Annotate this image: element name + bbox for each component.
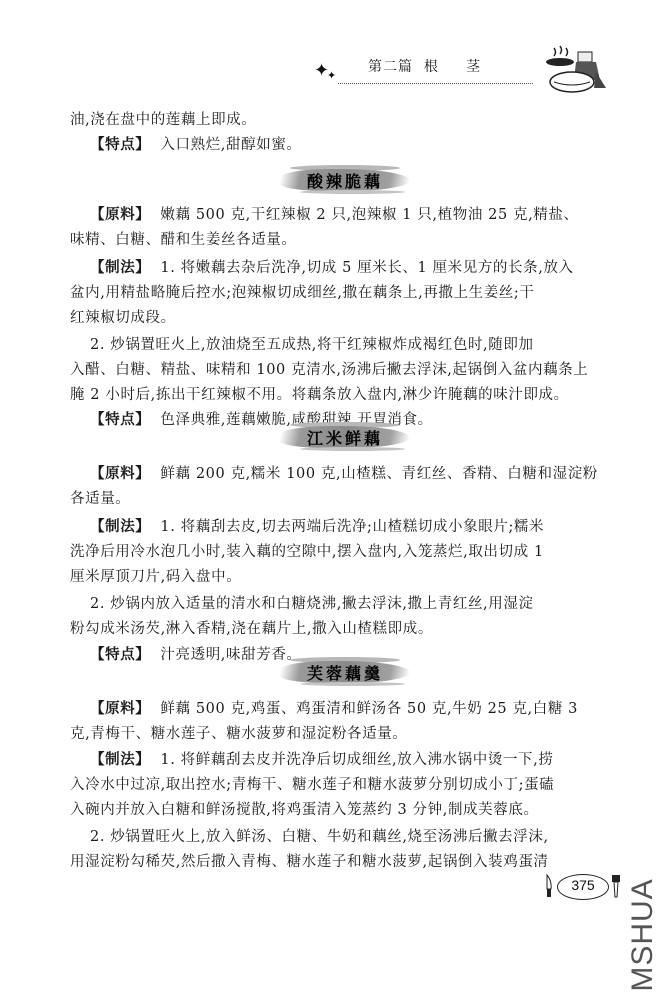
method-label: 【制法】	[90, 519, 150, 535]
recipe-title: 江米鲜藕	[280, 426, 410, 449]
text-line: 用湿淀粉勾稀芡,然后撒入青梅、糖水莲子和糖水菠萝,起锅倒入装鸡蛋清	[70, 850, 620, 875]
feature-label: 【特点】	[90, 137, 150, 153]
method-line: 【制法】1. 将鲜藕刮去皮并洗净后切成细丝,放入沸水锅中烫一下,捞	[90, 748, 640, 773]
feature-label: 【特点】	[90, 412, 150, 428]
text-span: 1. 将鲜藕刮去皮并洗净后切成细丝,放入沸水锅中烫一下,捞	[160, 752, 553, 768]
method-line: 【制法】1. 将嫩藕去杂后洗净,切成 5 厘米长、1 厘米见方的长条,放入	[90, 256, 640, 281]
text-line: 2. 炒锅置旺火上,放入鲜汤、白糖、牛奶和藕丝,烧至汤沸后撇去浮沫,	[90, 825, 640, 850]
text-span: 嫩藕 500 克,干红辣椒 2 只,泡辣椒 1 只,植物油 25 克,精盐、	[160, 207, 578, 223]
text-line: 入醋、白糖、精盐、味精和 100 克清水,汤沸后撇去浮沫,起锅倒入盆内藕条上	[70, 358, 620, 383]
feature-line: 【特点】入口熟烂,甜醇如蜜。	[90, 133, 640, 158]
text-line: 洗净后用冷水泡几小时,装入藕的空隙中,摆入盘内,入笼蒸烂,取出切成 1	[70, 540, 620, 565]
fork-icon	[611, 874, 621, 898]
feature-text: 入口熟烂,甜醇如蜜。	[160, 137, 301, 153]
ingredients-line: 【原料】嫩藕 500 克,干红辣椒 2 只,泡辣椒 1 只,植物油 25 克,精…	[90, 203, 640, 228]
ingredients-line: 【原料】鲜藕 200 克,糯米 100 克,山楂糕、青红丝、香精、白糖和湿淀粉	[90, 462, 640, 487]
page-number-badge: 375	[545, 872, 621, 900]
text-line: 油,浇在盘中的莲藕上即成。	[70, 108, 620, 133]
recipe-title: 芙蓉藕羹	[280, 661, 410, 684]
page-number: 375	[557, 877, 609, 893]
method-label: 【制法】	[90, 260, 150, 276]
chapter-title: 第二篇 根 茎	[368, 56, 481, 76]
text-line: 盆内,用精盐略腌后控水;泡辣椒切成细丝,撒在藕条上,再撒上生姜丝;干	[70, 281, 620, 306]
ingredients-line: 【原料】鲜藕 500 克,鸡蛋、鸡蛋清和鲜汤各 50 克,牛奶 25 克,白糖 …	[90, 697, 640, 722]
running-header: ✦ ✦ 第二篇 根 茎	[300, 40, 664, 100]
method-label: 【制法】	[90, 752, 150, 768]
text-line: 红辣椒切成段。	[70, 306, 620, 331]
feature-label: 【特点】	[90, 647, 150, 663]
ingredients-label: 【原料】	[90, 466, 150, 482]
ingredients-label: 【原料】	[90, 701, 150, 717]
text-line: 厘米厚顶刀片,码入盘中。	[70, 565, 620, 590]
recipe-title-banner: 酸辣脆藕	[280, 163, 410, 197]
chef-mascot-icon	[540, 42, 610, 98]
text-span: 1. 将藕刮去皮,切去两端后洗净;山楂糕切成小象眼片;糯米	[160, 519, 544, 535]
text-span: 鲜藕 200 克,糯米 100 克,山楂糕、青红丝、香精、白糖和湿淀粉	[160, 466, 598, 482]
watermark-text: MSHUA	[626, 878, 660, 991]
text-line: 克,青梅干、糖水莲子、糖水菠萝和湿淀粉各适量。	[70, 722, 620, 747]
text-line: 各适量。	[70, 487, 620, 512]
watermark: MSHUA	[623, 880, 663, 990]
method-line: 【制法】1. 将藕刮去皮,切去两端后洗净;山楂糕切成小象眼片;糯米	[90, 515, 640, 540]
text-span: 鲜藕 500 克,鸡蛋、鸡蛋清和鲜汤各 50 克,牛奶 25 克,白糖 3	[160, 701, 578, 717]
text-span: 1. 将嫩藕去杂后洗净,切成 5 厘米长、1 厘米见方的长条,放入	[160, 260, 573, 276]
text-line: 腌 2 小时后,拣出干红辣椒不用。将藕条放入盘内,淋少许腌藕的味汁即成。	[70, 383, 620, 408]
recipe-title-banner: 芙蓉藕羹	[280, 655, 410, 689]
recipe-title: 酸辣脆藕	[280, 169, 410, 192]
sparkle-small-icon: ✦	[327, 69, 336, 82]
knife-icon	[545, 874, 553, 898]
ingredients-label: 【原料】	[90, 207, 150, 223]
recipe-title-banner: 江米鲜藕	[280, 420, 410, 454]
header-dotted-rule	[338, 83, 533, 84]
text-line: 粉勾成米汤芡,淋入香精,浇在藕片上,撒入山楂糕即成。	[70, 617, 620, 642]
text-line: 味精、白糖、醋和生姜丝各适量。	[70, 228, 620, 253]
text-line: 2. 炒锅内放入适量的清水和白糖烧沸,撇去浮沫,撒上青红丝,用湿淀	[90, 592, 640, 617]
text-line: 入冷水中过凉,取出控水;青梅干、糖水莲子和糖水菠萝分别切成小丁;蛋磕	[70, 773, 620, 798]
text-line: 2. 炒锅置旺火上,放油烧至五成热,将干红辣椒炸成褐红色时,随即加	[90, 333, 640, 358]
text-line: 入碗内并放入白糖和鲜汤搅散,将鸡蛋清入笼蒸约 3 分钟,制成芙蓉底。	[70, 798, 620, 823]
